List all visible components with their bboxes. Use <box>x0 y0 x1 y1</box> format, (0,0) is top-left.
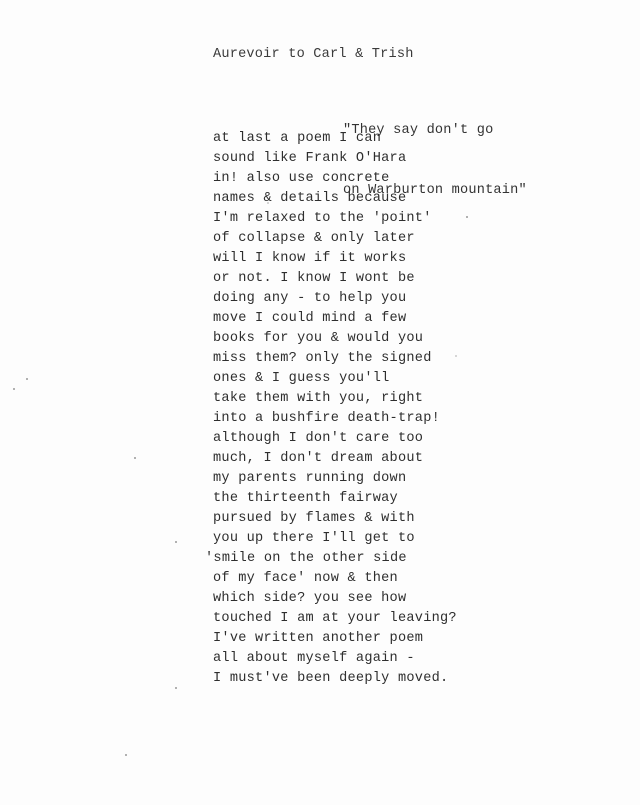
poem-line: my parents running down <box>213 469 457 489</box>
poem-line: 'smile on the other side <box>205 549 457 569</box>
poem-line: doing any - to help you <box>213 289 457 309</box>
scan-speck <box>267 202 269 204</box>
scan-speck <box>26 378 28 380</box>
scan-speck <box>455 355 457 357</box>
poem-line: all about myself again - <box>213 649 457 669</box>
poem-line: take them with you, right <box>213 389 457 409</box>
poem-line: pursued by flames & with <box>213 509 457 529</box>
poem-line: books for you & would you <box>213 329 457 349</box>
scan-speck <box>134 457 136 459</box>
poem-line: I must've been deeply moved. <box>213 669 457 689</box>
poem-line: you up there I'll get to <box>213 529 457 549</box>
scan-speck <box>175 541 177 543</box>
poem-line: of collapse & only later <box>213 229 457 249</box>
poem-body: at last a poem I cansound like Frank O'H… <box>213 129 457 689</box>
poem-line: the thirteenth fairway <box>213 489 457 509</box>
poem-line: or not. I know I wont be <box>213 269 457 289</box>
poem-line: I've written another poem <box>213 629 457 649</box>
poem-line: miss them? only the signed <box>213 349 457 369</box>
poem-line: touched I am at your leaving? <box>213 609 457 629</box>
poem-line: ones & I guess you'll <box>213 369 457 389</box>
poem-line: names & details because <box>213 189 457 209</box>
poem-line: in! also use concrete <box>213 169 457 189</box>
scan-speck <box>125 754 127 756</box>
poem-line: much, I don't dream about <box>213 449 457 469</box>
poem-line: sound like Frank O'Hara <box>213 149 457 169</box>
scan-speck <box>175 687 177 689</box>
typewritten-page: Aurevoir to Carl & Trish "They say don't… <box>0 0 640 805</box>
poem-line: I'm relaxed to the 'point' <box>213 209 457 229</box>
scan-speck <box>466 216 468 218</box>
poem-line: will I know if it works <box>213 249 457 269</box>
poem-line: of my face' now & then <box>213 569 457 589</box>
scan-speck <box>13 388 15 390</box>
poem-line: at last a poem I can <box>213 129 457 149</box>
poem-line: although I don't care too <box>213 429 457 449</box>
poem-line: which side? you see how <box>213 589 457 609</box>
poem-title: Aurevoir to Carl & Trish <box>213 47 414 62</box>
poem-line: move I could mind a few <box>213 309 457 329</box>
poem-line: into a bushfire death-trap! <box>213 409 457 429</box>
